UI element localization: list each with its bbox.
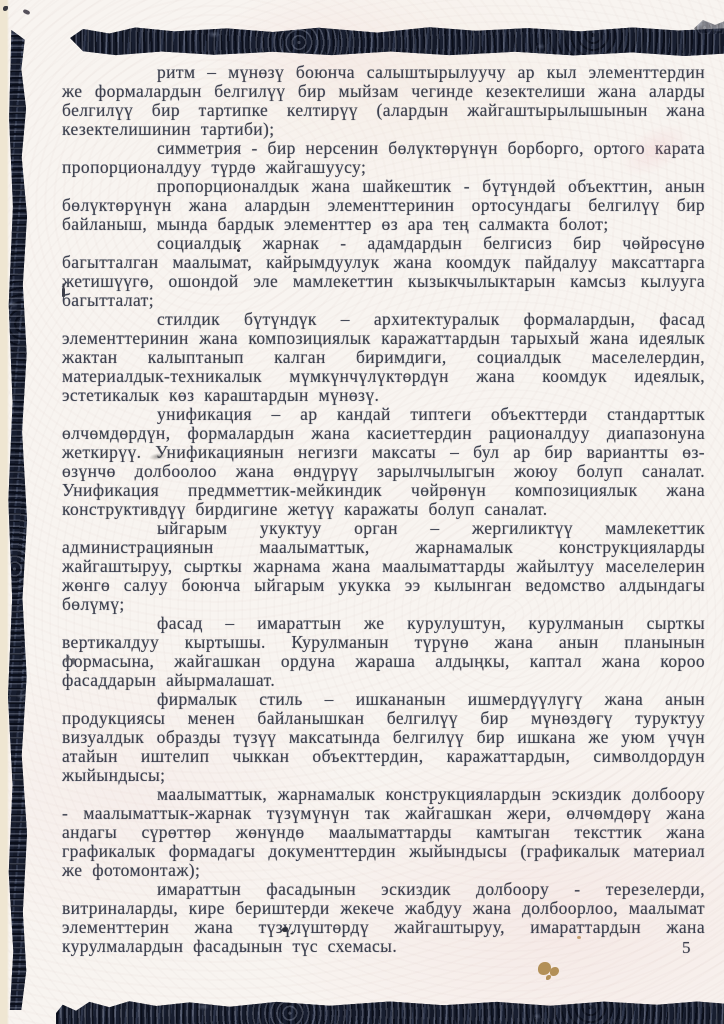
paragraph: унификация – ар кандай типтеги объекттер…: [62, 405, 705, 519]
ink-speck: [22, 9, 30, 16]
text-block: ритм – мүнөзү боюнча салыштырылуучу ар к…: [62, 63, 705, 956]
page-number: 5: [682, 938, 691, 958]
paragraph: имараттын фасадынын эскиздик долбоору - …: [62, 880, 705, 956]
scan-edge-mark-top-right: [694, 20, 724, 34]
paragraph: маалыматтык, жарнамалык конструкцияларды…: [62, 785, 705, 880]
brown-stain: [538, 962, 551, 975]
paragraph: ритм – мүнөзү боюнча салыштырылуучу ар к…: [62, 63, 705, 139]
margin-ink-mark: [62, 288, 65, 297]
brown-stain-speck: [577, 936, 581, 939]
paragraph: пропорционалдык жана шайкештик - бүтүндө…: [62, 177, 705, 234]
paragraph: фирмалык стиль – ишкананын ишмердүүлүгү …: [62, 690, 705, 785]
paragraph: фасад – имараттын же курулуштун, курулма…: [62, 614, 705, 690]
paragraph: стилдик бүтүндүк – архитектуралык формал…: [62, 310, 705, 405]
scan-edge-band-left: [8, 30, 27, 1010]
ink-dot: [237, 249, 240, 252]
paragraph: ыйгарым укуктуу орган – жергиликтүү мамл…: [62, 519, 705, 614]
scanned-document-page: ритм – мүнөзү боюнча салыштырылуучу ар к…: [0, 0, 724, 1024]
paragraph: социалдык жарнак - адамдардын белгисиз б…: [62, 234, 705, 310]
ink-speck: [3, 6, 8, 11]
scan-edge-band-top: [70, 26, 724, 56]
scan-edge-band-bottom: [56, 1000, 724, 1024]
